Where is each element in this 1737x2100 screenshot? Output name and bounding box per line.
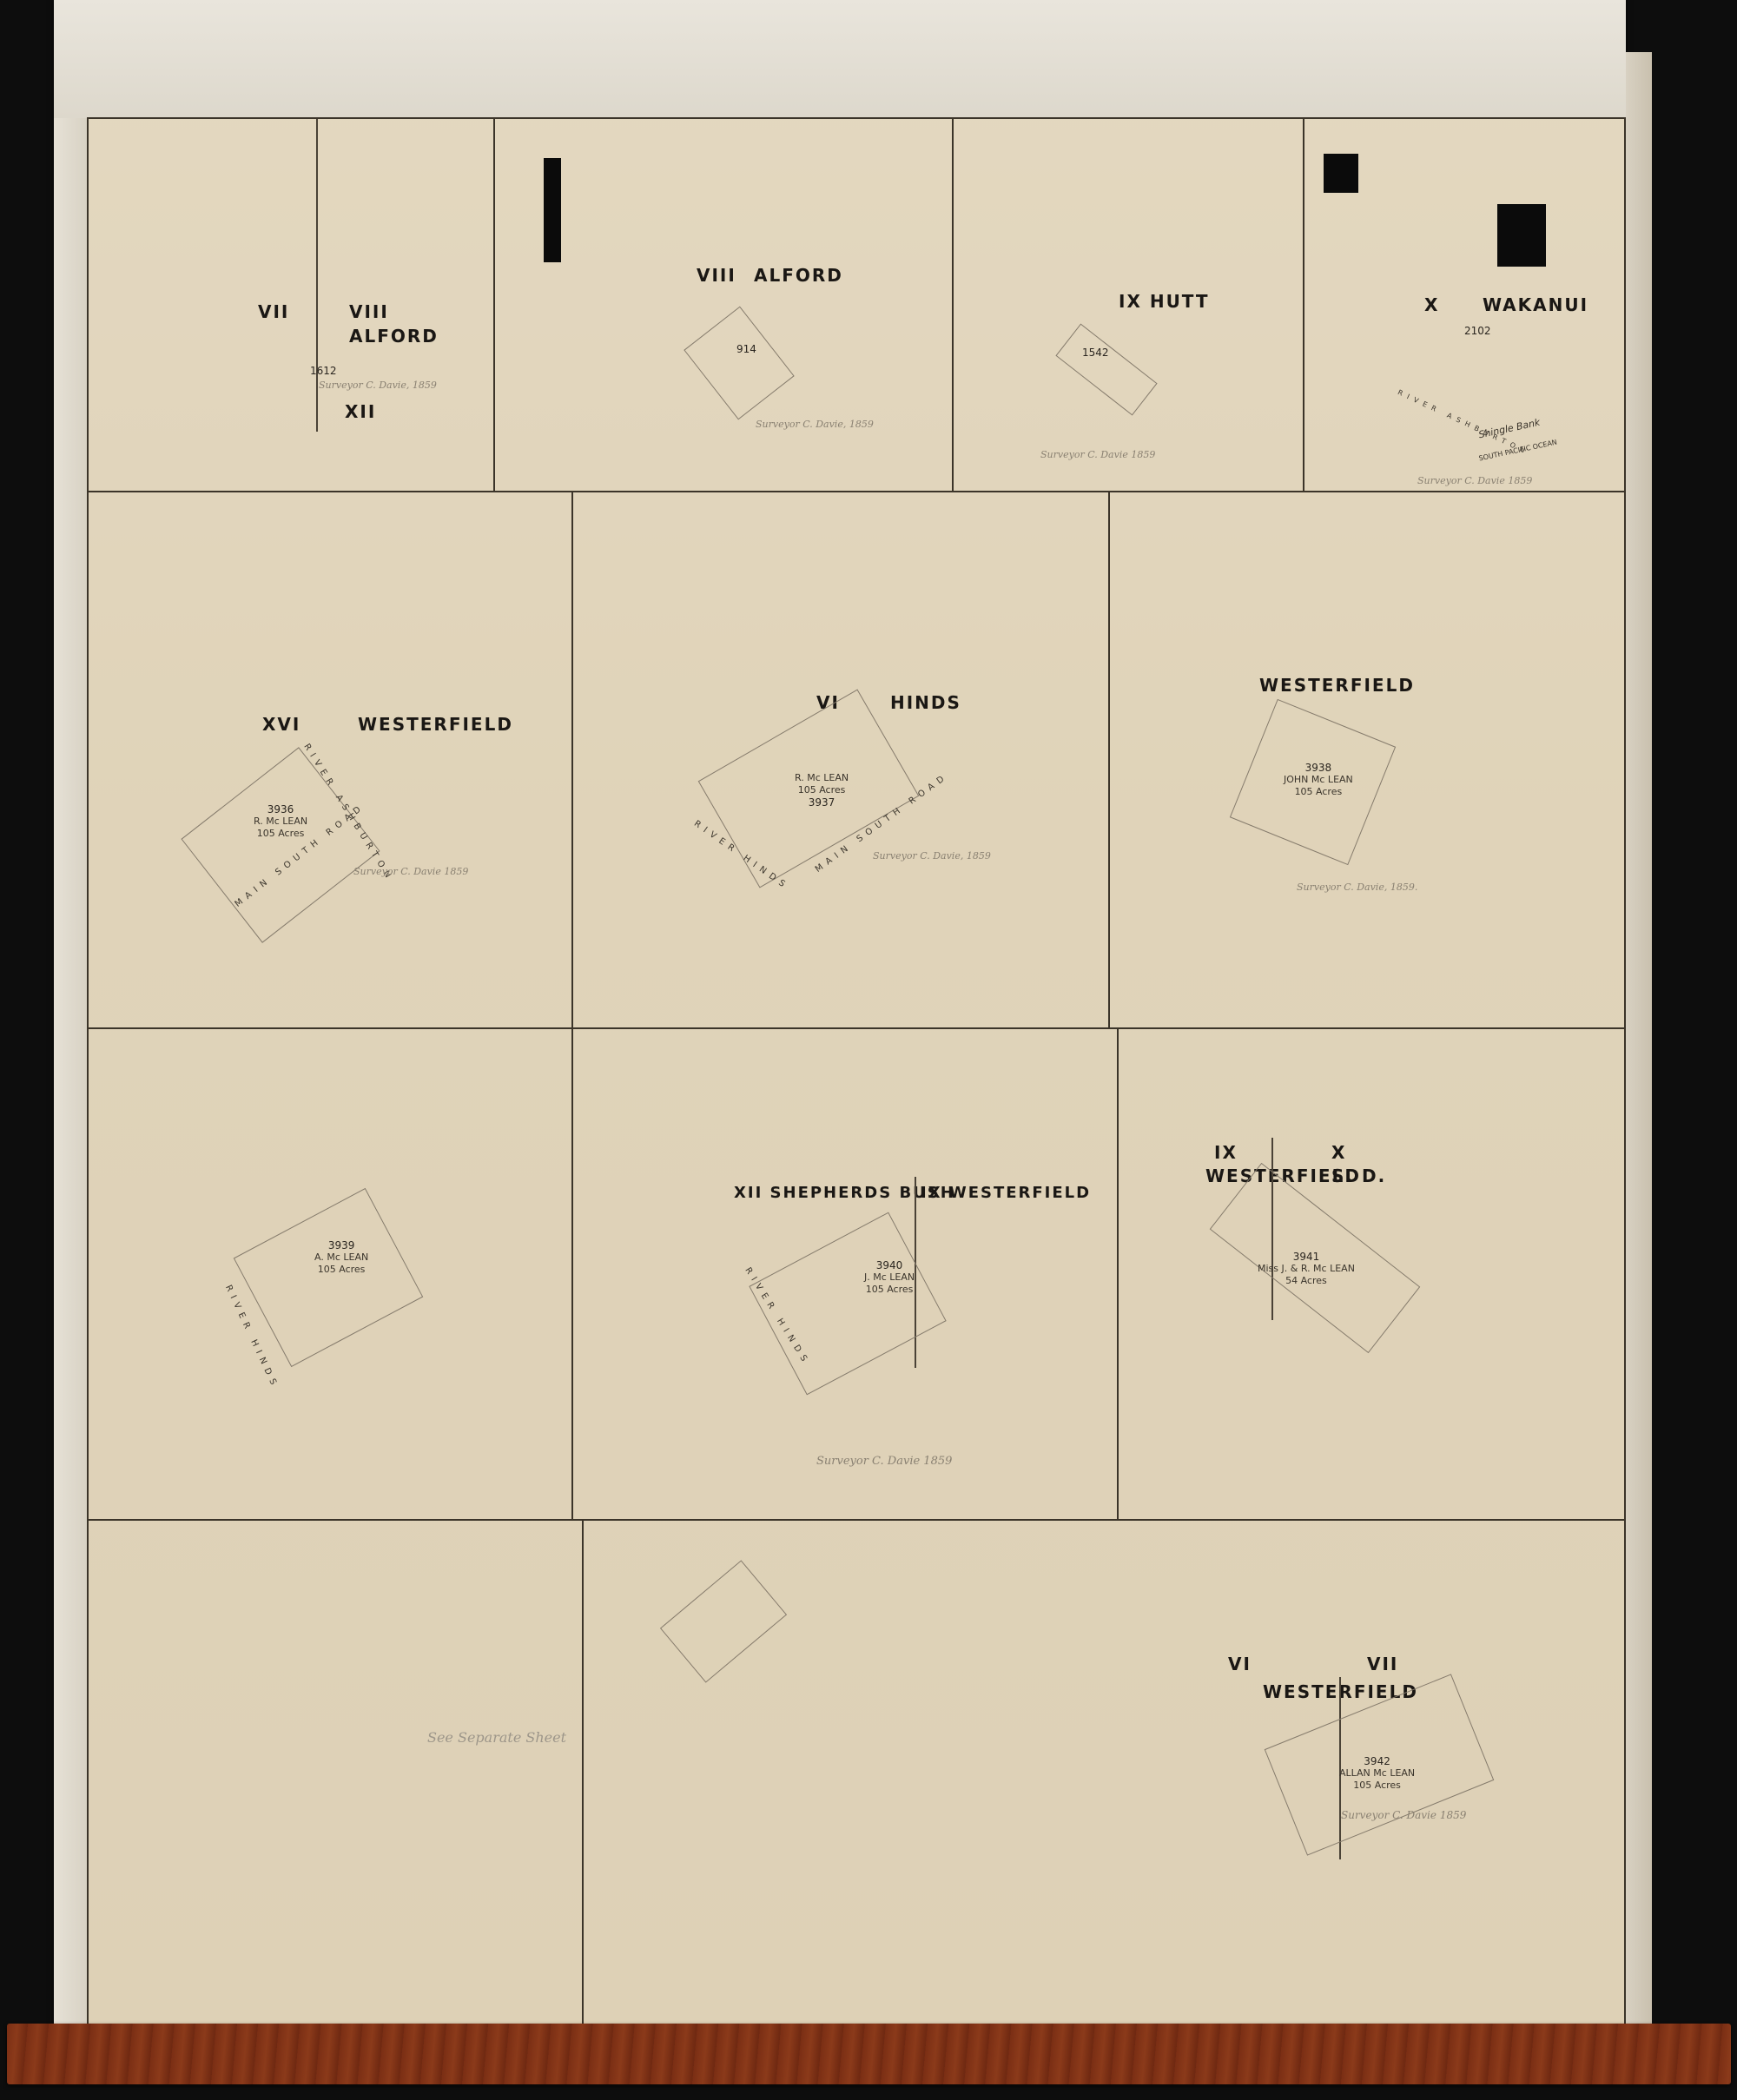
- title-vi: VI: [1228, 1654, 1252, 1674]
- pencil-note: See Separate Sheet: [427, 1729, 566, 1746]
- lot-number: 1612: [310, 365, 337, 378]
- lot-owner: Miss J. & R. Mc LEAN: [1258, 1263, 1355, 1275]
- surveyor-note: Surveyor C. Davie, 1859: [873, 850, 991, 862]
- lot-label: 3936 R. Mc LEAN 105 Acres: [254, 803, 307, 840]
- surveyor-note: Surveyor C. Davie, 1859: [756, 419, 874, 430]
- panel-shepherds-bush: XII SHEPHERDS BUSH IX WESTERFIELD 3940 J…: [571, 1027, 1119, 1521]
- lot-label: 3942 ALLAN Mc LEAN 105 Acres: [1339, 1755, 1415, 1792]
- lot-owner: ALLAN Mc LEAN: [1339, 1767, 1415, 1780]
- title-ix: IX: [1214, 1142, 1238, 1163]
- lot-label: 3939 A. Mc LEAN 105 Acres: [314, 1239, 368, 1276]
- panel-westerfield-xvi: XVI WESTERFIELD 3936 R. Mc LEAN 105 Acre…: [87, 491, 573, 1029]
- surveyor-note: Surveyor C. Davie, 1859.: [1297, 882, 1417, 893]
- title-wakanui: WAKANUI: [1483, 294, 1588, 315]
- feature-label: Shingle Bank: [1477, 417, 1541, 442]
- survey-plot: [660, 1560, 787, 1682]
- paper-tear: [1324, 154, 1358, 193]
- title-ix-hutt: IX HUTT: [1119, 291, 1210, 312]
- title-viii: VIII: [349, 301, 389, 322]
- surveyor-note: Surveyor C. Davie 1859: [816, 1455, 952, 1468]
- lot-label: R. Mc LEAN 105 Acres 3937: [795, 772, 849, 809]
- lot-area: 105 Acres: [1284, 786, 1353, 798]
- title-x: X: [1331, 1142, 1346, 1163]
- lot-number: 2102: [1464, 325, 1491, 338]
- lot-number: 3942: [1339, 1755, 1415, 1767]
- lot-area: 105 Acres: [795, 784, 849, 796]
- lot-number: 3940: [864, 1259, 915, 1271]
- cloth-backing-right: [1626, 52, 1652, 2024]
- panel-hinds-vi: VI HINDS R. Mc LEAN 105 Acres 3937 MAIN …: [571, 491, 1110, 1029]
- panel-blank-left: See Separate Sheet: [87, 1519, 584, 2031]
- survey-plot: [1055, 324, 1157, 416]
- lot-label: 3938 JOHN Mc LEAN 105 Acres: [1284, 762, 1353, 798]
- panel-westerfield-allan: VI VII WESTERFIELD 3942 ALLAN Mc LEAN 10…: [582, 1519, 1626, 2031]
- title-westerfield: WESTERFIELD: [358, 714, 513, 735]
- lot-owner: JOHN Mc LEAN: [1284, 774, 1353, 786]
- panel-hutt: IX HUTT 1542 Surveyor C. Davie 1859: [952, 117, 1304, 492]
- lot-area: 54 Acres: [1258, 1275, 1355, 1287]
- panel-wakanui: X WAKANUI 2102 RIVER ASHBURTON Shingle B…: [1303, 117, 1626, 492]
- surveyor-note: Surveyor C. Davie 1859: [1040, 449, 1155, 460]
- survey-plot: [234, 1188, 424, 1367]
- lot-label: 3941 Miss J. & R. Mc LEAN 54 Acres: [1258, 1251, 1355, 1287]
- surveyor-note: Surveyor C. Davie 1859: [1417, 475, 1532, 486]
- lot-number: 3936: [254, 803, 307, 816]
- cloth-backing-left: [54, 118, 87, 2029]
- feature-label: SOUTH PACIFIC OCEAN: [1478, 437, 1559, 466]
- panel-alford-viii: VIII ALFORD 914 Surveyor C. Davie, 1859: [493, 117, 954, 492]
- lot-label: 3940 J. Mc LEAN 105 Acres: [864, 1259, 915, 1296]
- title-westerfield: WESTERFIELD: [1259, 675, 1415, 696]
- lot-number: 3937: [795, 796, 849, 809]
- title-viii: VIII: [697, 265, 736, 286]
- lot-owner: R. Mc LEAN: [795, 772, 849, 784]
- lot-area: 105 Acres: [314, 1264, 368, 1276]
- lot-number: 914: [736, 343, 756, 356]
- lot-owner: R. Mc LEAN: [254, 816, 307, 828]
- survey-plot: [749, 1212, 946, 1396]
- lot-owner: J. Mc LEAN: [864, 1271, 915, 1284]
- cloth-backing-top: [54, 0, 1626, 118]
- title-vii: VII: [258, 301, 289, 322]
- lot-number: 3938: [1284, 762, 1353, 774]
- lot-area: 105 Acres: [254, 828, 307, 840]
- lot-area: 105 Acres: [1339, 1780, 1415, 1792]
- title-xvi: XVI: [262, 714, 301, 735]
- lot-number: 3941: [1258, 1251, 1355, 1263]
- surveyor-note: Surveyor C. Davie 1859: [353, 866, 468, 877]
- lot-owner: A. Mc LEAN: [314, 1251, 368, 1264]
- title-x: X: [1424, 294, 1439, 315]
- title-sd: S. D.: [1331, 1166, 1386, 1186]
- surveyor-note: Surveyor C. Davie 1859: [1341, 1809, 1466, 1821]
- panel-westerfield-sd: IX X WESTERFIELD S. D. 3941 Miss J. & R.…: [1117, 1027, 1626, 1521]
- panel-alford-vii-viii: VII VIII ALFORD XII 1612 Surveyor C. Dav…: [87, 117, 495, 492]
- title-vii: VII: [1367, 1654, 1398, 1674]
- title-ix-westerfield: IX WESTERFIELD: [921, 1184, 1091, 1202]
- lot-number: 3939: [314, 1239, 368, 1251]
- survey-plot: [684, 307, 794, 420]
- paper-tear: [544, 158, 561, 262]
- survey-plot: [181, 747, 380, 943]
- panel-westerfield-john: WESTERFIELD 3938 JOHN Mc LEAN 105 Acres …: [1108, 491, 1626, 1029]
- lot-area: 105 Acres: [864, 1284, 915, 1296]
- title-alford: ALFORD: [349, 326, 439, 347]
- lot-number: 1542: [1082, 347, 1109, 360]
- title-xii: XII: [345, 401, 376, 422]
- panel-a-mclean: 3939 A. Mc LEAN 105 Acres RIVER HINDS: [87, 1027, 573, 1521]
- wooden-roller: [7, 2024, 1731, 2084]
- title-alford: ALFORD: [754, 265, 843, 286]
- surveyor-note: Surveyor C. Davie, 1859: [319, 380, 437, 391]
- paper-tear: [1497, 204, 1546, 267]
- title-hinds: HINDS: [890, 692, 961, 713]
- section-line: [316, 119, 318, 432]
